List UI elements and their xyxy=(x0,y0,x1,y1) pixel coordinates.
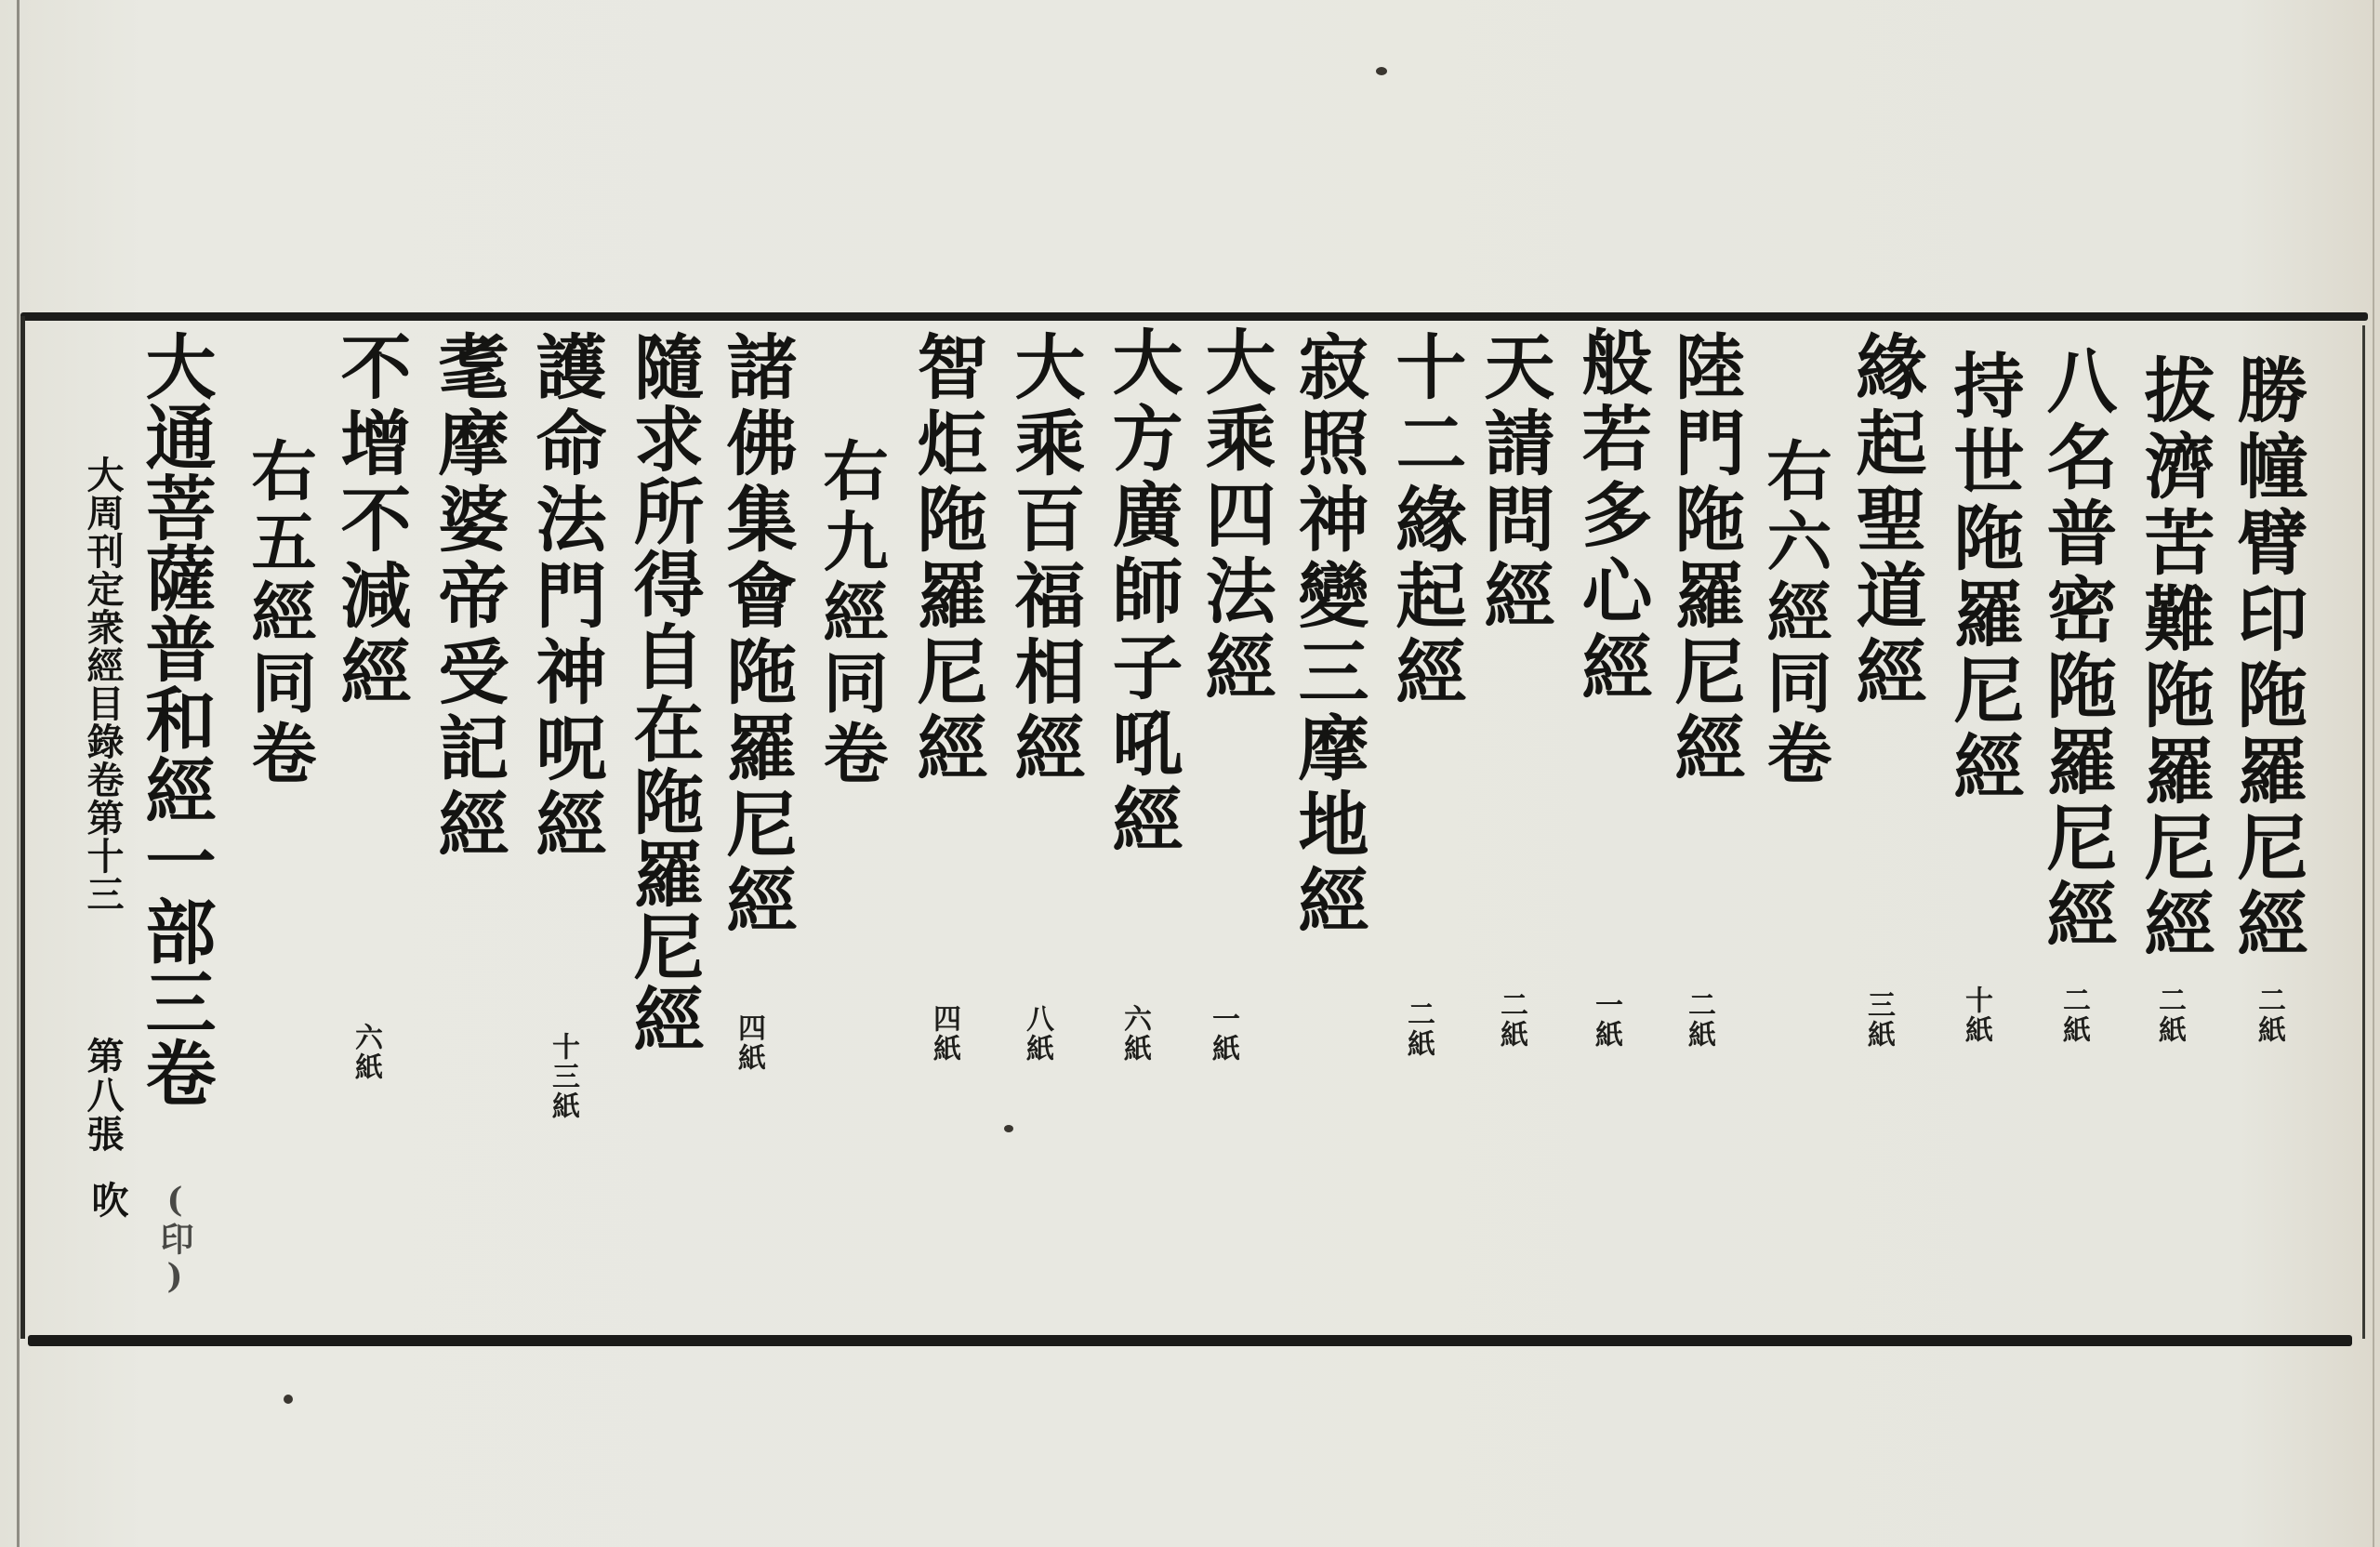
catalogue-title: 大周刊定衆經目錄卷第十三 xyxy=(84,456,121,913)
sheet-count: 三紙 xyxy=(1864,990,1892,1050)
sheet-count: 八紙 xyxy=(1023,1004,1051,1064)
block-mark: 吹 xyxy=(88,1181,126,1220)
sutra-title: 十二緣起經 xyxy=(1390,330,1461,711)
frame-border-left xyxy=(20,316,25,1339)
sutra-title: 耄摩婆帝受記經 xyxy=(432,330,503,864)
sutra-title: 勝幢臂印陁羅尼經 xyxy=(2231,353,2302,963)
sutra-title: 諸佛集會陁羅尼經 xyxy=(721,330,791,940)
sheet-count: 二紙 xyxy=(1404,999,1432,1059)
sheet-count: 二紙 xyxy=(2254,985,2282,1045)
sheet-count: 二紙 xyxy=(1497,990,1525,1050)
sheet-count: 六紙 xyxy=(351,1023,379,1082)
frame-border-right xyxy=(2362,325,2365,1339)
sutra-title: 護命法門神呪經 xyxy=(530,330,601,864)
sutra-title: 緣起聖道經 xyxy=(1850,330,1921,711)
sheet-count: 一紙 xyxy=(1592,990,1620,1050)
sutra-title: 天請問經 xyxy=(1478,330,1549,635)
sheet-count: 四紙 xyxy=(930,1004,958,1064)
sutra-title: 大乘百福相經 xyxy=(1009,330,1079,787)
sheet-count: 四紙 xyxy=(734,1013,762,1073)
sutra-title: 陸門陁羅尼經 xyxy=(1669,330,1739,787)
sheet-count: 十紙 xyxy=(1962,985,1990,1045)
frame-border-top xyxy=(20,312,2368,321)
sutra-title: 智炬陁羅尼經 xyxy=(911,330,982,787)
sutra-title: 大方廣師子吼經 xyxy=(1106,325,1177,859)
ink-spot xyxy=(284,1395,293,1404)
page-fold-line-right xyxy=(2373,0,2374,1547)
sutra-title: 般若多心經 xyxy=(1576,325,1646,707)
page-fold-line-left xyxy=(17,0,20,1547)
sheet-count: 一紙 xyxy=(1209,1004,1236,1064)
sheet-count: 二紙 xyxy=(2059,985,2087,1045)
frame-border-bottom xyxy=(28,1335,2352,1346)
sutra-title: 八名普密陁羅尼經 xyxy=(2041,344,2111,954)
ink-spot xyxy=(1004,1125,1013,1132)
page-number: 第八張 xyxy=(84,1037,121,1154)
ink-spot xyxy=(1376,67,1387,75)
sheet-count: 二紙 xyxy=(2155,985,2183,1045)
sheet-count: 六紙 xyxy=(1120,1004,1148,1064)
sutra-title: 大通菩薩普和經一部三卷 xyxy=(139,330,210,1107)
sutra-title: 拔濟苦難陁羅尼經 xyxy=(2138,353,2209,963)
group-note: 右九經同卷 xyxy=(818,437,883,790)
carver-seal: (印) xyxy=(158,1181,192,1298)
group-note: 右五經同卷 xyxy=(246,437,311,790)
paper-page: 勝幢臂印陁羅尼經 二紙 拔濟苦難陁羅尼經 二紙 八名普密陁羅尼經 二紙 持世陁羅… xyxy=(0,0,2380,1547)
sutra-title: 大乘四法經 xyxy=(1199,325,1270,707)
sutra-title: 寂照神變三摩地經 xyxy=(1292,330,1363,940)
group-note: 右六經同卷 xyxy=(1762,437,1827,790)
sutra-title: 不增不減經 xyxy=(335,330,405,711)
sutra-title: 隨求所得自在陁羅尼經 xyxy=(628,330,698,1055)
sutra-title: 持世陁羅尼經 xyxy=(1948,349,2018,806)
sheet-count: 二紙 xyxy=(1685,990,1712,1050)
sheet-count: 十三紙 xyxy=(549,1032,576,1121)
